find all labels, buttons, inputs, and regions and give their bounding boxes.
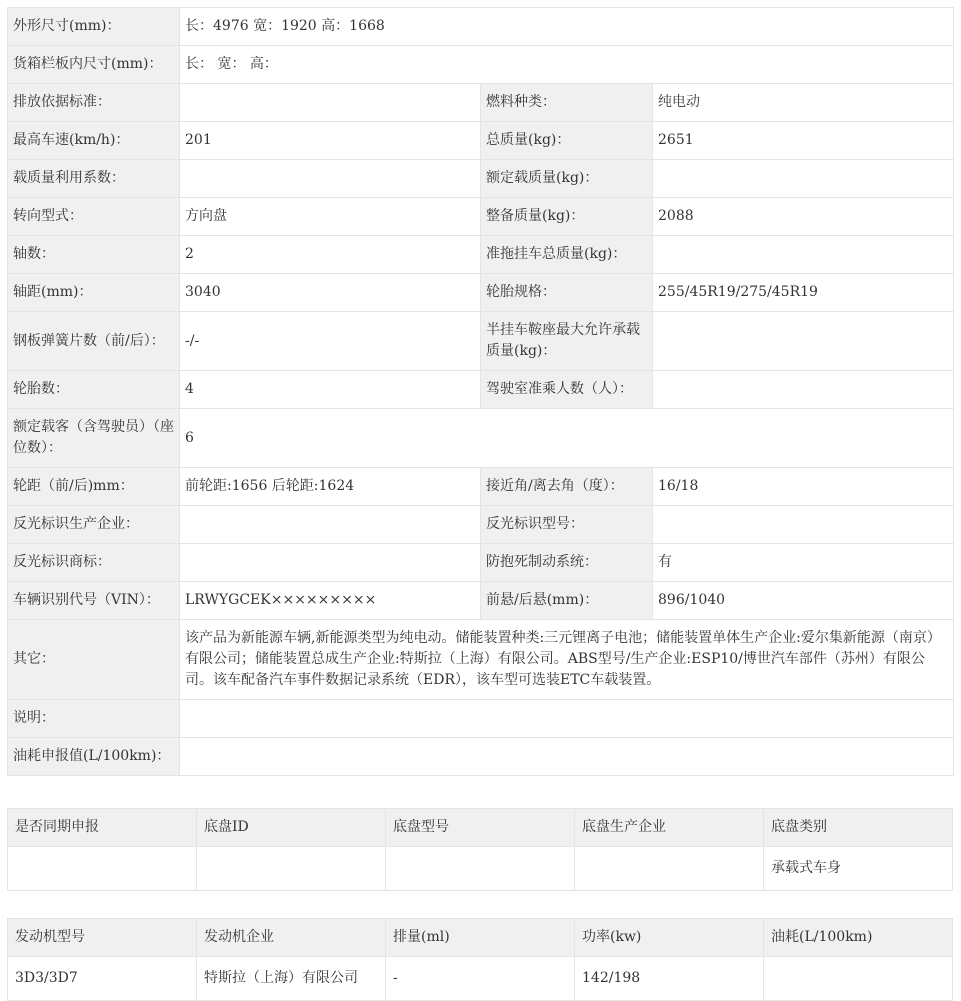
table-row: 转向型式：方向盘整备质量(kg)：2088 bbox=[8, 198, 954, 236]
spec-label: 油耗申报值(L/100km)： bbox=[8, 738, 180, 776]
engine-cell-header: 油耗(L/100km) bbox=[764, 919, 953, 957]
table-row: 车辆识别代号（VIN）：LRWYGCEK×××××××××前悬/后悬(mm)：8… bbox=[8, 582, 954, 620]
table-row: 轮距（前/后)mm：前轮距:1656 后轮距:1624接近角/离去角（度）：16… bbox=[8, 468, 954, 506]
engine-cell-value: 特斯拉（上海）有限公司 bbox=[197, 957, 386, 1001]
chassis-cell-header: 底盘ID bbox=[197, 809, 386, 847]
spec-label: 车辆识别代号（VIN）： bbox=[8, 582, 180, 620]
spec-label: 货箱栏板内尺寸(mm)： bbox=[8, 46, 180, 84]
chassis-cell-value bbox=[197, 847, 386, 891]
spec-label: 额定载质量(kg)： bbox=[481, 160, 653, 198]
spec-value: 长：4976 宽：1920 高：1668 bbox=[180, 8, 954, 46]
spec-label: 其它： bbox=[8, 620, 180, 700]
vehicle-declaration-page: 外形尺寸(mm)：长：4976 宽：1920 高：1668货箱栏板内尺寸(mm)… bbox=[7, 7, 961, 1001]
chassis-cell-header: 底盘类别 bbox=[764, 809, 953, 847]
spec-value: 有 bbox=[653, 544, 954, 582]
table-row: 反光标识生产企业：反光标识型号： bbox=[8, 506, 954, 544]
spec-value: 长： 宽： 高： bbox=[180, 46, 954, 84]
spec-label: 反光标识生产企业： bbox=[8, 506, 180, 544]
table-row: 外形尺寸(mm)：长：4976 宽：1920 高：1668 bbox=[8, 8, 954, 46]
page: { "colors": { "label_bg": "#f0f0f0", "bo… bbox=[0, 0, 961, 1001]
spec-value: 255/45R19/275/45R19 bbox=[653, 274, 954, 312]
chassis-cell-value bbox=[8, 847, 197, 891]
spec-label: 轮距（前/后)mm： bbox=[8, 468, 180, 506]
vehicle-spec-table: 外形尺寸(mm)：长：4976 宽：1920 高：1668货箱栏板内尺寸(mm)… bbox=[7, 7, 954, 776]
table-row: 额定载客（含驾驶员）（座位数）：6 bbox=[8, 409, 954, 468]
spec-value: 方向盘 bbox=[180, 198, 481, 236]
vehicle-spec-table-body: 外形尺寸(mm)：长：4976 宽：1920 高：1668货箱栏板内尺寸(mm)… bbox=[8, 8, 954, 776]
chassis-cell-header: 底盘生产企业 bbox=[575, 809, 764, 847]
spec-value bbox=[180, 84, 481, 122]
spec-value: 3040 bbox=[180, 274, 481, 312]
table-row: 说明： bbox=[8, 700, 954, 738]
chassis-cell-header: 底盘型号 bbox=[386, 809, 575, 847]
spec-label: 燃料种类： bbox=[481, 84, 653, 122]
table-row: 排放依据标准：燃料种类：纯电动 bbox=[8, 84, 954, 122]
spec-value: 该产品为新能源车辆,新能源类型为纯电动。储能装置种类:三元锂离子电池；储能装置单… bbox=[180, 620, 954, 700]
spec-label: 排放依据标准： bbox=[8, 84, 180, 122]
table-row: 轮胎数：4驾驶室准乘人数（人）： bbox=[8, 371, 954, 409]
spec-label: 轴数： bbox=[8, 236, 180, 274]
spec-label: 前悬/后悬(mm)： bbox=[481, 582, 653, 620]
table-row: 载质量利用系数：额定载质量(kg)： bbox=[8, 160, 954, 198]
engine-cell-header: 发动机企业 bbox=[197, 919, 386, 957]
spec-label: 反光标识型号： bbox=[481, 506, 653, 544]
spec-label: 说明： bbox=[8, 700, 180, 738]
spec-value: 2088 bbox=[653, 198, 954, 236]
spec-label: 载质量利用系数： bbox=[8, 160, 180, 198]
table-row: 3D3/3D7特斯拉（上海）有限公司-142/198 bbox=[8, 957, 953, 1001]
table-row: 轴距(mm)：3040轮胎规格：255/45R19/275/45R19 bbox=[8, 274, 954, 312]
spec-value bbox=[653, 506, 954, 544]
spec-value bbox=[653, 371, 954, 409]
spec-value bbox=[180, 738, 954, 776]
table-row: 其它：该产品为新能源车辆,新能源类型为纯电动。储能装置种类:三元锂离子电池；储能… bbox=[8, 620, 954, 700]
spec-value bbox=[180, 700, 954, 738]
spec-value: 201 bbox=[180, 122, 481, 160]
engine-table-body: 发动机型号发动机企业排量(ml)功率(kw)油耗(L/100km)3D3/3D7… bbox=[8, 919, 953, 1001]
spec-value bbox=[653, 160, 954, 198]
engine-cell-header: 发动机型号 bbox=[8, 919, 197, 957]
chassis-cell-header: 是否同期申报 bbox=[8, 809, 197, 847]
table-header-row: 发动机型号发动机企业排量(ml)功率(kw)油耗(L/100km) bbox=[8, 919, 953, 957]
chassis-cell-value bbox=[386, 847, 575, 891]
spec-label: 轴距(mm)： bbox=[8, 274, 180, 312]
spec-label: 总质量(kg)： bbox=[481, 122, 653, 160]
spec-label: 额定载客（含驾驶员）（座位数）： bbox=[8, 409, 180, 468]
spec-label: 反光标识商标： bbox=[8, 544, 180, 582]
spec-value bbox=[653, 312, 954, 371]
spec-label: 轮胎规格： bbox=[481, 274, 653, 312]
spec-value: 6 bbox=[180, 409, 954, 468]
engine-cell-header: 排量(ml) bbox=[386, 919, 575, 957]
spec-label: 接近角/离去角（度）： bbox=[481, 468, 653, 506]
table-row: 货箱栏板内尺寸(mm)：长： 宽： 高： bbox=[8, 46, 954, 84]
spec-label: 最高车速(km/h)： bbox=[8, 122, 180, 160]
engine-cell-value: - bbox=[386, 957, 575, 1001]
spec-label: 外形尺寸(mm)： bbox=[8, 8, 180, 46]
spec-value: 4 bbox=[180, 371, 481, 409]
spec-label: 整备质量(kg)： bbox=[481, 198, 653, 236]
table-row: 钢板弹簧片数（前/后）：-/-半挂车鞍座最大允许承载质量(kg)： bbox=[8, 312, 954, 371]
spec-value: 2651 bbox=[653, 122, 954, 160]
table-row: 承载式车身 bbox=[8, 847, 953, 891]
spec-label: 防抱死制动系统： bbox=[481, 544, 653, 582]
spec-value bbox=[180, 506, 481, 544]
spec-value: 16/18 bbox=[653, 468, 954, 506]
table-row: 最高车速(km/h)：201总质量(kg)：2651 bbox=[8, 122, 954, 160]
spec-label: 钢板弹簧片数（前/后）： bbox=[8, 312, 180, 371]
table-row: 反光标识商标：防抱死制动系统：有 bbox=[8, 544, 954, 582]
spec-label: 驾驶室准乘人数（人）： bbox=[481, 371, 653, 409]
table-row: 轴数：2准拖挂车总质量(kg)： bbox=[8, 236, 954, 274]
engine-cell-value: 3D3/3D7 bbox=[8, 957, 197, 1001]
spec-value bbox=[653, 236, 954, 274]
spec-value: 前轮距:1656 后轮距:1624 bbox=[180, 468, 481, 506]
spec-value: 纯电动 bbox=[653, 84, 954, 122]
table-header-row: 是否同期申报底盘ID底盘型号底盘生产企业底盘类别 bbox=[8, 809, 953, 847]
table-row: 油耗申报值(L/100km)： bbox=[8, 738, 954, 776]
spec-value bbox=[180, 160, 481, 198]
engine-table: 发动机型号发动机企业排量(ml)功率(kw)油耗(L/100km)3D3/3D7… bbox=[7, 918, 953, 1001]
chassis-table-body: 是否同期申报底盘ID底盘型号底盘生产企业底盘类别承载式车身 bbox=[8, 809, 953, 891]
chassis-table: 是否同期申报底盘ID底盘型号底盘生产企业底盘类别承载式车身 bbox=[7, 808, 953, 891]
spec-value: LRWYGCEK××××××××× bbox=[180, 582, 481, 620]
spec-label: 转向型式： bbox=[8, 198, 180, 236]
chassis-cell-value bbox=[575, 847, 764, 891]
spec-label: 准拖挂车总质量(kg)： bbox=[481, 236, 653, 274]
engine-cell-header: 功率(kw) bbox=[575, 919, 764, 957]
engine-cell-value bbox=[764, 957, 953, 1001]
engine-cell-value: 142/198 bbox=[575, 957, 764, 1001]
spec-label: 轮胎数： bbox=[8, 371, 180, 409]
spec-label: 半挂车鞍座最大允许承载质量(kg)： bbox=[481, 312, 653, 371]
chassis-cell-value: 承载式车身 bbox=[764, 847, 953, 891]
spec-value bbox=[180, 544, 481, 582]
spec-value: -/- bbox=[180, 312, 481, 371]
spec-value: 2 bbox=[180, 236, 481, 274]
spec-value: 896/1040 bbox=[653, 582, 954, 620]
